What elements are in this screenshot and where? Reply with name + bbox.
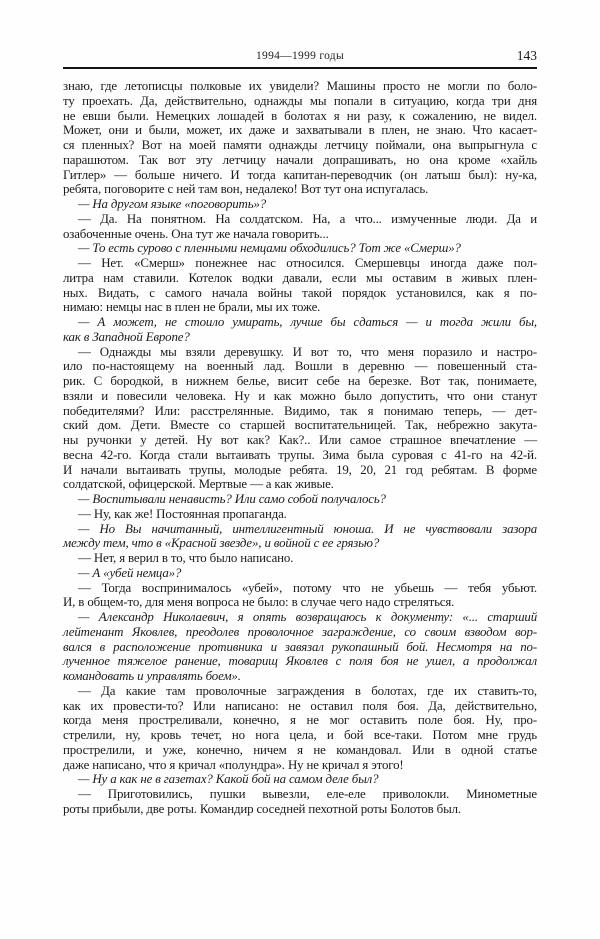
text-line: весна 42-го. Когда стали вытаивать трупы… [63, 448, 537, 463]
answer-paragraph: — Да какие там проволочные заграждения в… [63, 684, 537, 773]
text-line: между тем, что в «Красной звезде», и вой… [63, 536, 537, 551]
text-line: стрелили, ну, кровь течет, но нога цела,… [63, 728, 537, 743]
text-line: лученное тяжелое ранение, товарищ Яковле… [63, 654, 537, 669]
text-line: взяли и повесили человека. Ну и как можн… [63, 389, 537, 404]
answer-paragraph: — Однажды мы взяли деревушку. И вот то, … [63, 345, 537, 493]
text-line: рик. С бородкой, в нижнем белье, висит с… [63, 374, 537, 389]
text-line: — Однажды мы взяли деревушку. И вот то, … [63, 345, 537, 360]
answer-paragraph: — Тогда воспринималось «убей», потому чт… [63, 581, 537, 611]
interviewer-question-paragraph: — Но Вы начитанный, интеллигентный юноша… [63, 522, 537, 552]
answer-paragraph: — Приготовились, пушки вывезли, еле-еле … [63, 787, 537, 817]
text-line: литра нам ставили. Котелок водки давали,… [63, 271, 537, 286]
text-line: — Да. На понятном. На солдатском. На, а … [63, 212, 537, 227]
text-line: — Нет, я верил в то, что было написано. [63, 551, 537, 566]
text-line: — Ну а как не в газетах? Какой бой на са… [63, 772, 537, 787]
text-line: И, в общем-то, для меня вопроса не было:… [63, 595, 537, 610]
text-line: даже написано, что я кричал «полундра». … [63, 758, 537, 773]
text-line: И начали вытаивать трупы, молодые ребята… [63, 463, 537, 478]
text-line: — Да какие там проволочные заграждения в… [63, 684, 537, 699]
text-line: знаю, где летописцы полковые их увидели?… [63, 79, 537, 94]
text-line: ский дом. Дети. Вместе со старшей воспит… [63, 418, 537, 433]
text-line: — Тогда воспринималось «убей», потому чт… [63, 581, 537, 596]
text-body: знаю, где летописцы полковые их увидели?… [63, 79, 537, 817]
answer-paragraph: знаю, где летописцы полковые их увидели?… [63, 79, 537, 197]
text-line: прострелили, и уже, конечно, ничем я не … [63, 743, 537, 758]
text-line: парашютом. Так вот эту летчицу начали до… [63, 153, 537, 168]
text-line: — А «убей немца»? [63, 566, 537, 581]
header-year-range: 1994—1999 годы [63, 50, 537, 62]
text-line: победителями? Или: расстрелянные. Видимо… [63, 404, 537, 419]
text-line: — А может, не стоило умирать, лучше бы с… [63, 315, 537, 330]
text-line: ту проехать. Да, действительно, однажды … [63, 94, 537, 109]
text-line: Гитлер» — больше ничего. И тогда капитан… [63, 168, 537, 183]
text-line: — Воспитывали ненависть? Или само собой … [63, 492, 537, 507]
interviewer-question-paragraph: — То есть сурово с пленными немцами обхо… [63, 241, 537, 256]
interviewer-question-paragraph: — Воспитывали ненависть? Или само собой … [63, 492, 537, 507]
text-line: как их провести-то? Или написано: не ост… [63, 699, 537, 714]
text-line: роты прибыли, две роты. Командир соседне… [63, 802, 537, 817]
text-line: — Но Вы начитанный, интеллигентный юноша… [63, 522, 537, 537]
interviewer-question-paragraph: — Ну а как не в газетах? Какой бой на са… [63, 772, 537, 787]
text-line: когда меня простреливали, конечно, я не … [63, 713, 537, 728]
text-line: — Ну, как же! Постоянная пропаганда. [63, 507, 537, 522]
text-line: — Нет. «Смерш» понежнее нас относился. С… [63, 256, 537, 271]
text-line: нимаю: немцы нас в плен не брали, мы их … [63, 300, 537, 315]
text-line: озабоченные очень. Она тут же начала гов… [63, 227, 537, 242]
text-line: вался в расположение противника и завяза… [63, 640, 537, 655]
text-line: — Александр Николаевич, я опять возвраща… [63, 610, 537, 625]
running-head: 1994—1999 годы 143 [63, 48, 537, 65]
text-line: как в Западной Европе? [63, 330, 537, 345]
text-line: не евши были. Немецких лошадей в болотах… [63, 109, 537, 124]
interviewer-question-paragraph: — Александр Николаевич, я опять возвраща… [63, 610, 537, 684]
answer-paragraph: — Ну, как же! Постоянная пропаганда. [63, 507, 537, 522]
text-line: ных. Видать, с самого начала войны такой… [63, 286, 537, 301]
answer-paragraph: — Да. На понятном. На солдатском. На, а … [63, 212, 537, 242]
text-line: лейтенант Яковлев, преодолев проволочное… [63, 625, 537, 640]
page-number: 143 [517, 48, 537, 64]
book-page: 1994—1999 годы 143 знаю, где летописцы п… [0, 0, 600, 939]
interviewer-question-paragraph: — А может, не стоило умирать, лучше бы с… [63, 315, 537, 345]
answer-paragraph: — Нет, я верил в то, что было написано. [63, 551, 537, 566]
interviewer-question-paragraph: — На другом языке «поговорить»? [63, 197, 537, 212]
text-line: командовать и управлять боем». [63, 669, 537, 684]
text-line: — На другом языке «поговорить»? [63, 197, 537, 212]
text-line: — Приготовились, пушки вывезли, еле-еле … [63, 787, 537, 802]
text-line: ило по-настоящему на военный лад. Вошли … [63, 359, 537, 374]
text-line: Может, они и были, может, их даже и захв… [63, 123, 537, 138]
interviewer-question-paragraph: — А «убей немца»? [63, 566, 537, 581]
text-line: ны ручонки у детей. Ну вот как? Как?.. И… [63, 433, 537, 448]
header-rule [63, 67, 537, 69]
text-line: ребята, поговорите с ней там вон, недале… [63, 182, 537, 197]
answer-paragraph: — Нет. «Смерш» понежнее нас относился. С… [63, 256, 537, 315]
text-line: ся пленных? Вот на моей памяти однажды л… [63, 138, 537, 153]
text-line: солдатской, офицерской. Мертвые — а как … [63, 477, 537, 492]
text-line: — То есть сурово с пленными немцами обхо… [63, 241, 537, 256]
